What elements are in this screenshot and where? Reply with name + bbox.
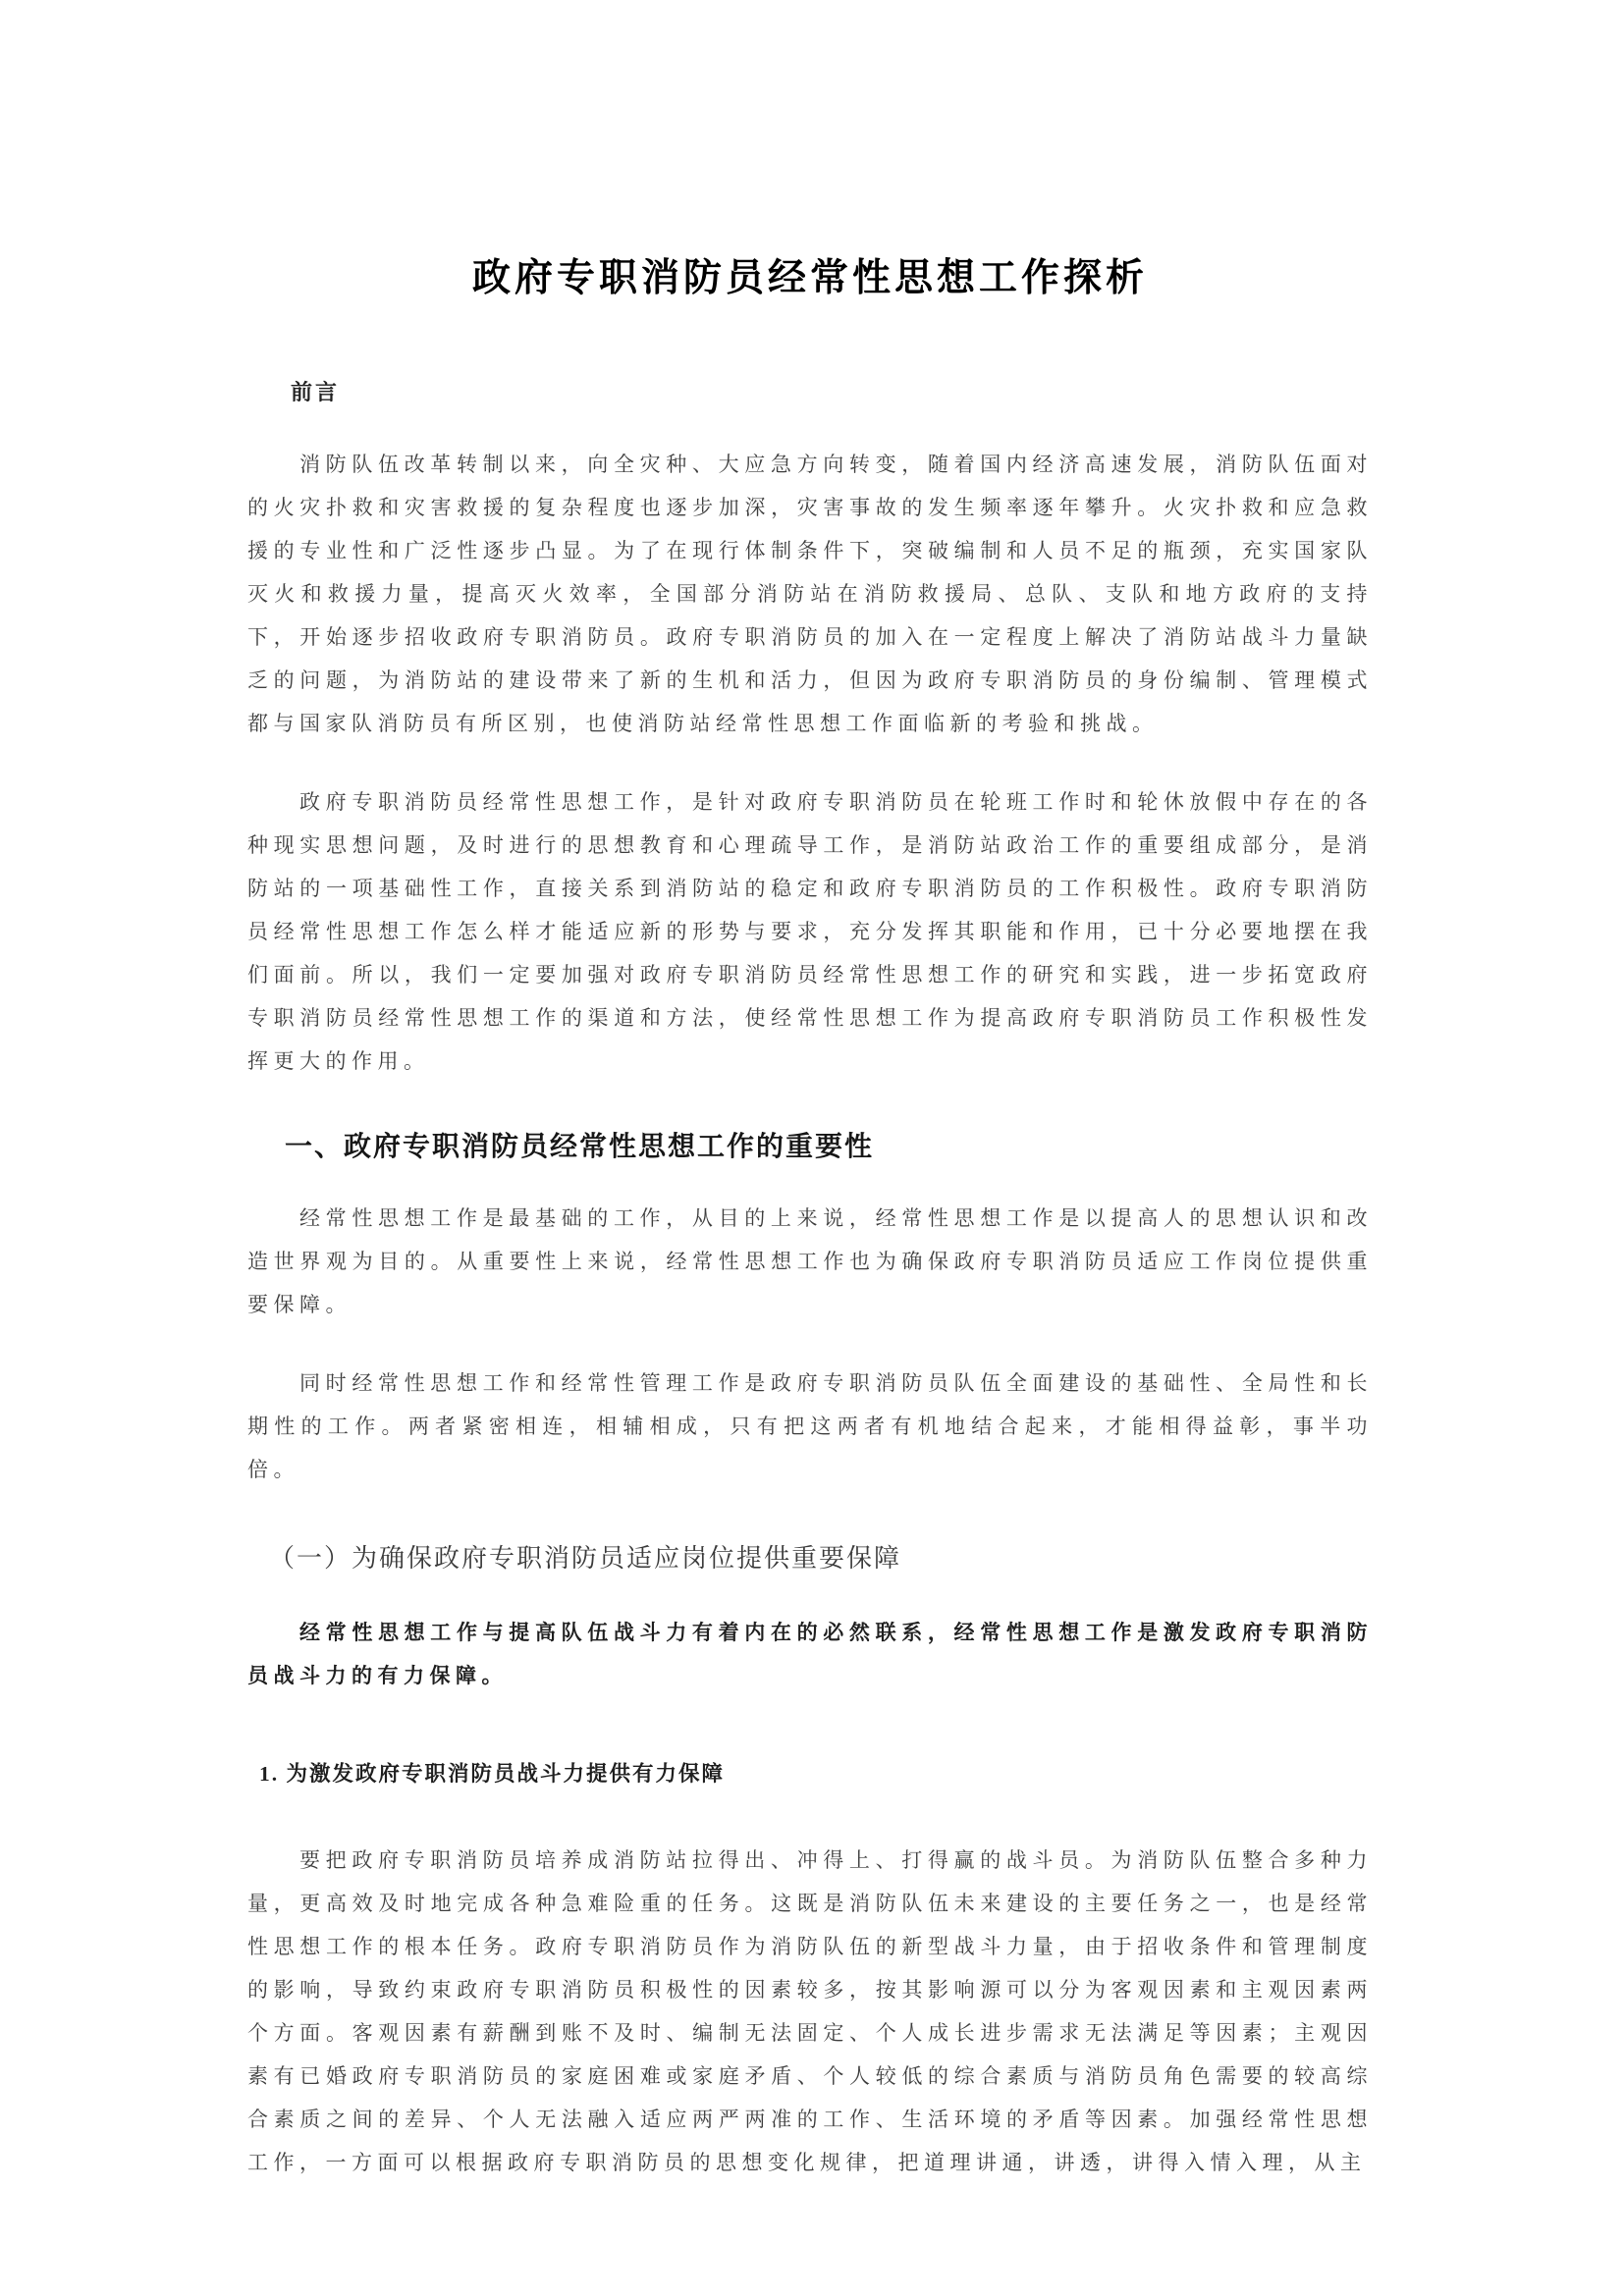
preface-paragraph-2: 政府专职消防员经常性思想工作，是针对政府专职消防员在轮班工作时和轮休放假中存在的… <box>247 780 1373 1083</box>
section-1-paragraph-1: 经常性思想工作是最基础的工作，从目的上来说，经常性思想工作是以提高人的思想认识和… <box>247 1197 1373 1326</box>
point-1-paragraph: 要把政府专职消防员培养成消防站拉得出、冲得上、打得赢的战斗员。为消防队伍整合多种… <box>247 1839 1373 2184</box>
preface-paragraph-1: 消防队伍改革转制以来，向全灾种、大应急方向转变，随着国内经济高速发展，消防队伍面… <box>247 443 1373 745</box>
preface-heading: 前言 <box>247 378 1373 407</box>
document-page: 政府专职消防员经常性思想工作探析 前言 消防队伍改革转制以来，向全灾种、大应急方… <box>0 0 1624 2296</box>
subsection-1-1-heading: （一）为确保政府专职消防员适应岗位提供重要保障 <box>247 1538 1373 1577</box>
document-title: 政府专职消防员经常性思想工作探析 <box>247 255 1373 302</box>
point-1-heading: 1. 为激发政府专职消防员战斗力提供有力保障 <box>247 1758 1373 1789</box>
section-1-paragraph-2: 同时经常性思想工作和经常性管理工作是政府专职消防员队伍全面建设的基础性、全局性和… <box>247 1362 1373 1491</box>
subsection-1-1-lead-paragraph: 经常性思想工作与提高队伍战斗力有着内在的必然联系，经常性思想工作是激发政府专职消… <box>247 1611 1373 1697</box>
section-1-heading: 一、政府专职消防员经常性思想工作的重要性 <box>247 1126 1373 1167</box>
